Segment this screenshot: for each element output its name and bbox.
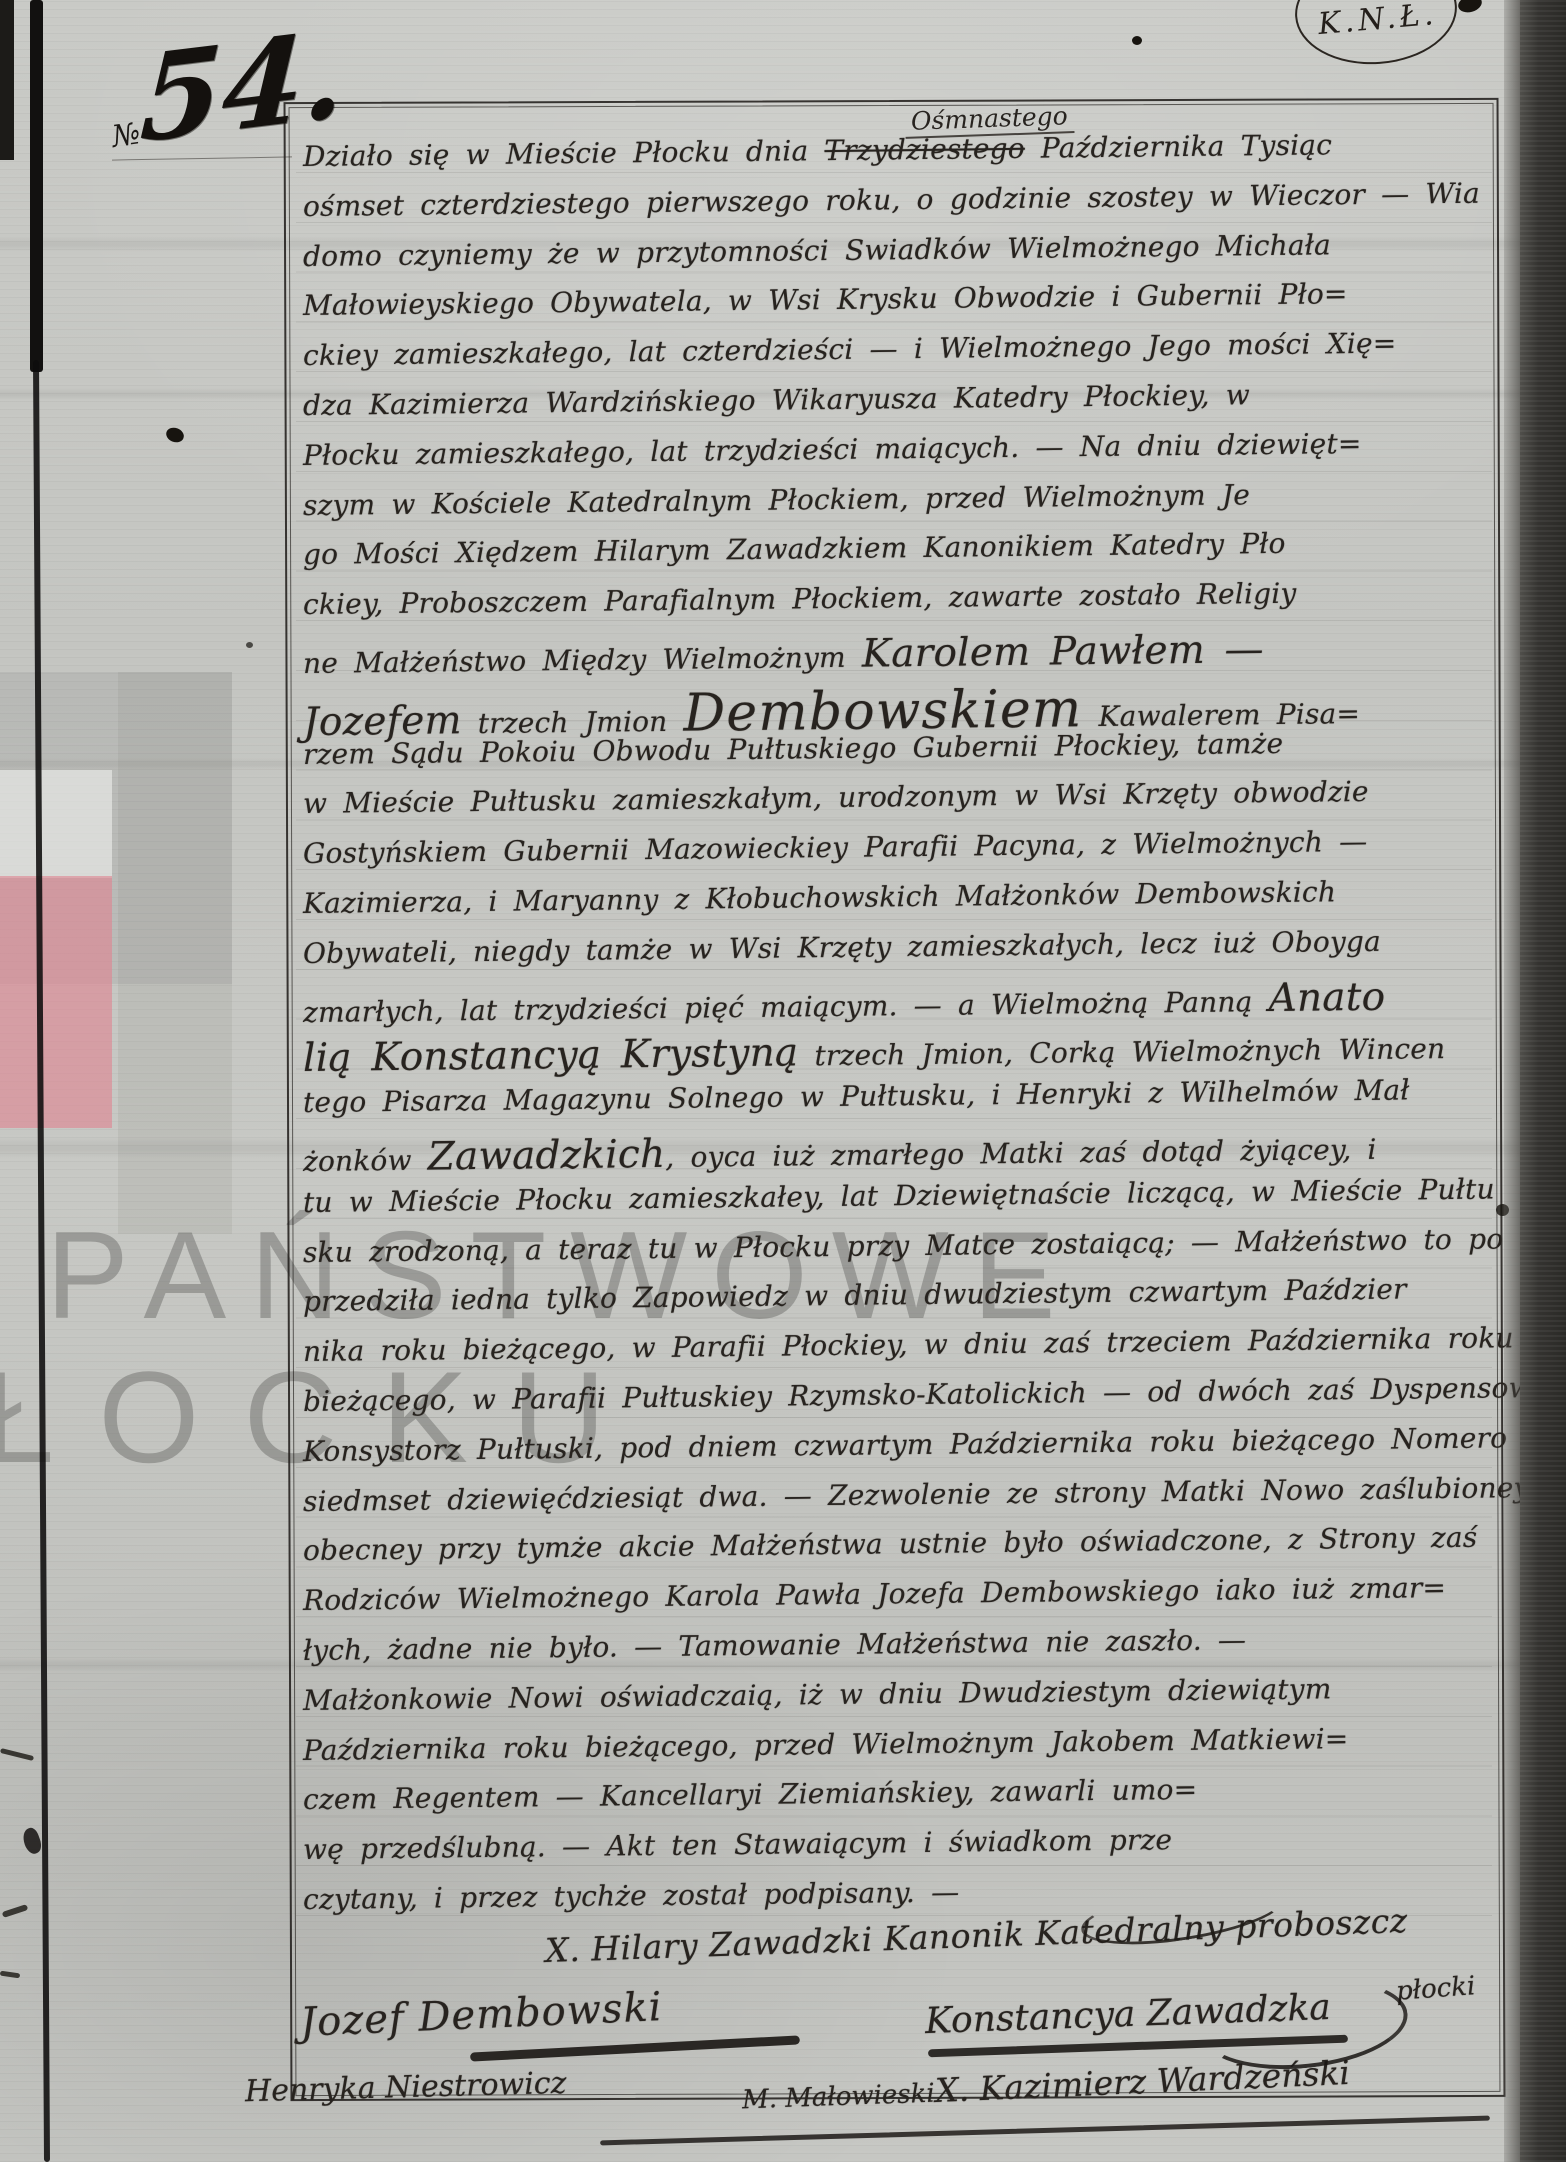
ink-blot — [1132, 36, 1142, 45]
handwriting-segment: Zawadzkich — [427, 1132, 665, 1180]
page-edge — [1504, 0, 1520, 2162]
scan-edge-band — [1520, 0, 1566, 2162]
signature-witness-mother: Henryka Niestrowicz — [245, 2066, 567, 2109]
watermark-square-gray — [118, 672, 232, 1234]
signature-underline — [600, 2116, 1490, 2146]
margin-mark — [2, 1904, 29, 1918]
ink-blot — [1456, 0, 1483, 15]
handwriting-segment: Karolem Pawłem — — [862, 627, 1264, 677]
record-number: 54. — [138, 15, 348, 160]
signature-witness-1: M. Małowieski — [742, 2079, 936, 2116]
handwriting-segment: żonków — [303, 1144, 428, 1178]
handwriting-segment: zmarłych, lat trzydzieści pięć maiącym. … — [303, 985, 1269, 1029]
page-edge-dark — [0, 0, 14, 160]
handwriting-segment: , oyca iuż zmarłego Matki zaś dotąd żyią… — [665, 1133, 1377, 1174]
handwriting-segment: Anato — [1268, 974, 1385, 1020]
handwriting-segment: Trzydziestego — [824, 132, 1025, 167]
binding-knot — [20, 1826, 44, 1856]
handwriting-segment: Działo się w Mieście Płocku dnia — [303, 134, 825, 173]
watermark-square-pink — [0, 876, 112, 1128]
handwriting-segment: lią Konstancyą Krystyną — [303, 1031, 799, 1082]
scanned-document-page: PAŃSTWOWE ŁOCKU № 54. Ośmnastego K.N.Ł. … — [0, 0, 1566, 2162]
ink-blot — [246, 642, 253, 648]
binding-thread — [30, 0, 43, 372]
handwriting-segment: Października Tysiąc — [1025, 128, 1333, 164]
margin-mark — [0, 1971, 20, 1979]
ink-blot — [164, 425, 186, 444]
margin-mark — [0, 1748, 34, 1761]
handwriting-segment: ne Małżeństwo Między Wielmożnym — [303, 641, 862, 680]
watermark-square-white — [0, 770, 112, 878]
signature-officiant-cont: płocki — [1395, 1971, 1476, 2006]
handwriting-segment: trzech Jmion, Corką Wielmożnych Wincen — [798, 1032, 1445, 1072]
